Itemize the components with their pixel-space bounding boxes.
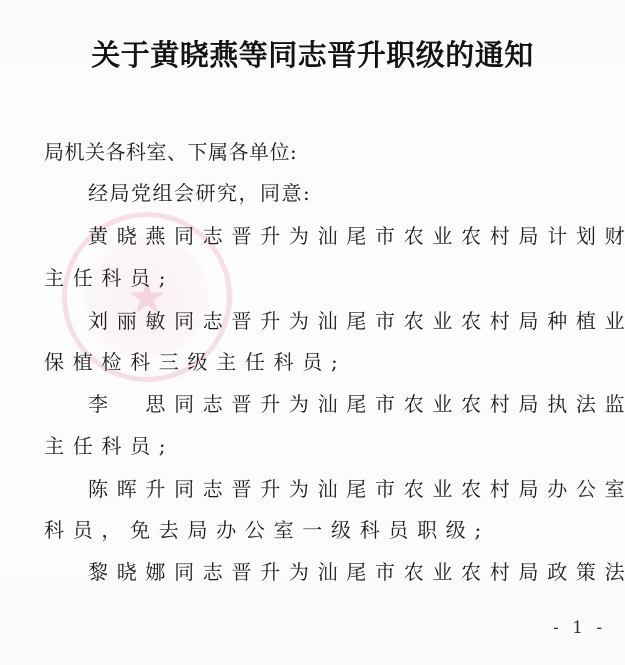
paragraph-4-line-2: 科员，免去局办公室一级科员职级; bbox=[44, 518, 490, 542]
page-number: - 1 - bbox=[553, 618, 606, 638]
document-title: 关于黄晓燕等同志晋升职级的通知 bbox=[0, 33, 625, 74]
paragraph-4-line-1: 陈晖升同志晋升为汕尾市农业农村局办公室四级主任 bbox=[88, 477, 625, 501]
paragraph-2-line-2: 保植检科三级主任科员; bbox=[44, 350, 346, 374]
paragraph-1-line-1: 黄晓燕同志晋升为汕尾市农业农村局计划财务科三级 bbox=[88, 224, 625, 248]
salutation: 局机关各科室、下属各单位: bbox=[44, 140, 297, 164]
paragraph-5-line-1: 黎晓娜同志晋升为汕尾市农业农村局政策法规与市场 bbox=[88, 560, 625, 584]
intro-line: 经局党组会研究，同意: bbox=[88, 181, 311, 205]
document-page: ★ 关于黄晓燕等同志晋升职级的通知 局机关各科室、下属各单位: 经局党组会研究，… bbox=[0, 0, 625, 665]
paragraph-1-line-2: 主任科员; bbox=[44, 266, 174, 290]
paragraph-2-line-1: 刘丽敏同志晋升为汕尾市农业农村局种植业管理与植 bbox=[88, 309, 625, 333]
paragraph-3-line-1: 李 思同志晋升为汕尾市农业农村局执法监督科三级 bbox=[88, 392, 625, 416]
paragraph-3-line-2: 主任科员; bbox=[44, 434, 174, 458]
